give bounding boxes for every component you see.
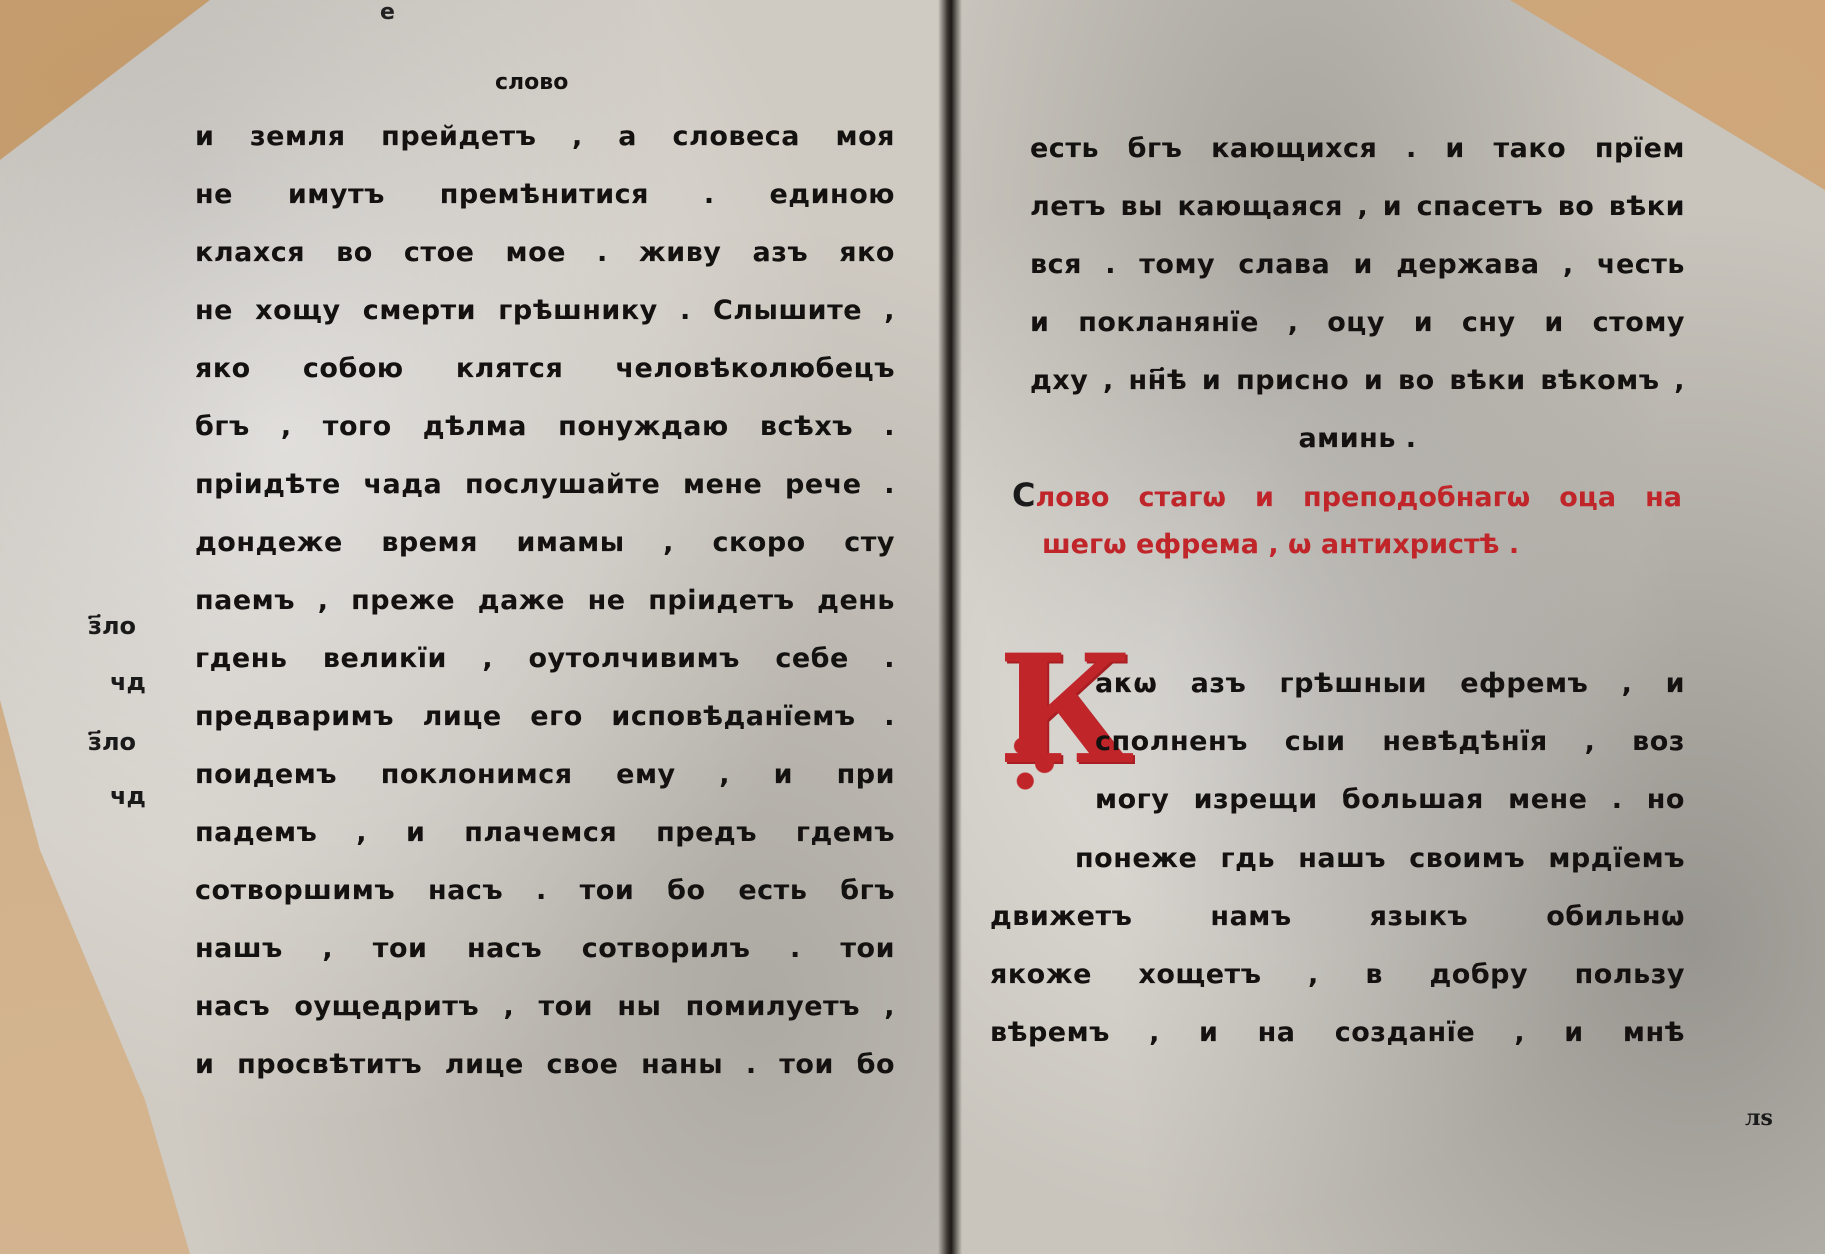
text-line: вся . тому слава и держава , честь (1030, 236, 1685, 294)
text-line: пріидѣте чада послушайте мене рече . (195, 456, 895, 514)
margin-note: чд (110, 668, 146, 696)
text-line: и земля прейдетъ , а словеса моя (195, 108, 895, 166)
rubric-text: лово стагω и преподобнагω оца на (1035, 482, 1682, 513)
rubric-title: Слово стагω и преподобнагω оца на шегω е… (1012, 470, 1682, 570)
rubric-line: шегω ефрема , ω антихристѣ . (1012, 520, 1682, 570)
text-line: падемъ , и плачемся предъ гдемъ (195, 804, 895, 862)
top-page-mark: е (380, 0, 395, 25)
text-line: движетъ намъ языкъ обильнω (990, 888, 1685, 946)
right-page-body-text: понеже гдь нашъ своимъ мрдїемъ движетъ н… (990, 830, 1685, 1062)
amen-line: аминь . (1030, 410, 1685, 468)
text-line: понеже гдь нашъ своимъ мрдїемъ (990, 830, 1685, 888)
text-line: летъ вы кающаяся , и спасетъ во вѣки (1030, 178, 1685, 236)
rubric-line: Слово стагω и преподобнагω оца на (1012, 470, 1682, 520)
text-line: дондеже время имамы , скоро сту (195, 514, 895, 572)
text-line: и просвѣтитъ лице свое наны . тои бо (195, 1036, 895, 1094)
rubric-initial: С (1012, 476, 1035, 514)
text-line: аκω азъ грѣшныи ефремъ , и (1095, 655, 1685, 713)
page-number: лѕ (1745, 1105, 1773, 1131)
book-gutter (938, 0, 962, 1254)
text-line: яко собою клятся человѣколюбецъ (195, 340, 895, 398)
text-line: поидемъ поклонимся ему , и при (195, 746, 895, 804)
margin-note: з҃ло (88, 728, 136, 756)
text-line: могу изрещи большая мене . но (1095, 771, 1685, 829)
margin-note: чд (110, 782, 146, 810)
text-line: якоже хощетъ , в добру пользу (990, 946, 1685, 1004)
text-line: насъ оущедритъ , тои ны помилуетъ , (195, 978, 895, 1036)
text-line: сполненъ сыи невѣдѣнїя , воз (1095, 713, 1685, 771)
text-line: не имутъ премѣнитися . единою (195, 166, 895, 224)
right-page-dropcap-text: аκω азъ грѣшныи ефремъ , и сполненъ сыи … (1095, 655, 1685, 829)
ornamental-drop-cap: К (998, 615, 1073, 805)
running-header: слово (495, 70, 568, 95)
text-line: есть бгъ кающихся . и тако прїем (1030, 120, 1685, 178)
text-line: паемъ , преже даже не пріидетъ день (195, 572, 895, 630)
text-line: предваримъ лице его исповѣданїемъ . (195, 688, 895, 746)
left-page-text: и земля прейдетъ , а словеса моя не имут… (195, 108, 895, 1094)
text-line: бгъ , того дѣлма понуждаю всѣхъ . (195, 398, 895, 456)
text-line: и покланянїе , оцу и сну и стому (1030, 294, 1685, 352)
text-line: не хощу смерти грѣшнику . Слышите , (195, 282, 895, 340)
text-line: дху , нн҃ѣ и присно и во вѣки вѣкомъ , (1030, 352, 1685, 410)
text-line: вѣремъ , и на созданїе , и мнѣ (990, 1004, 1685, 1062)
text-line: нашъ , тои насъ сотворилъ . тои (195, 920, 895, 978)
text-line: гдень великїи , оутолчивимъ себе . (195, 630, 895, 688)
right-page-top-text: есть бгъ кающихся . и тако прїем летъ вы… (1030, 120, 1685, 468)
text-line: клахся во стое мое . живу азъ яко (195, 224, 895, 282)
text-line: сотворшимъ насъ . тои бо есть бгъ (195, 862, 895, 920)
margin-note: з҃ло (88, 612, 136, 640)
